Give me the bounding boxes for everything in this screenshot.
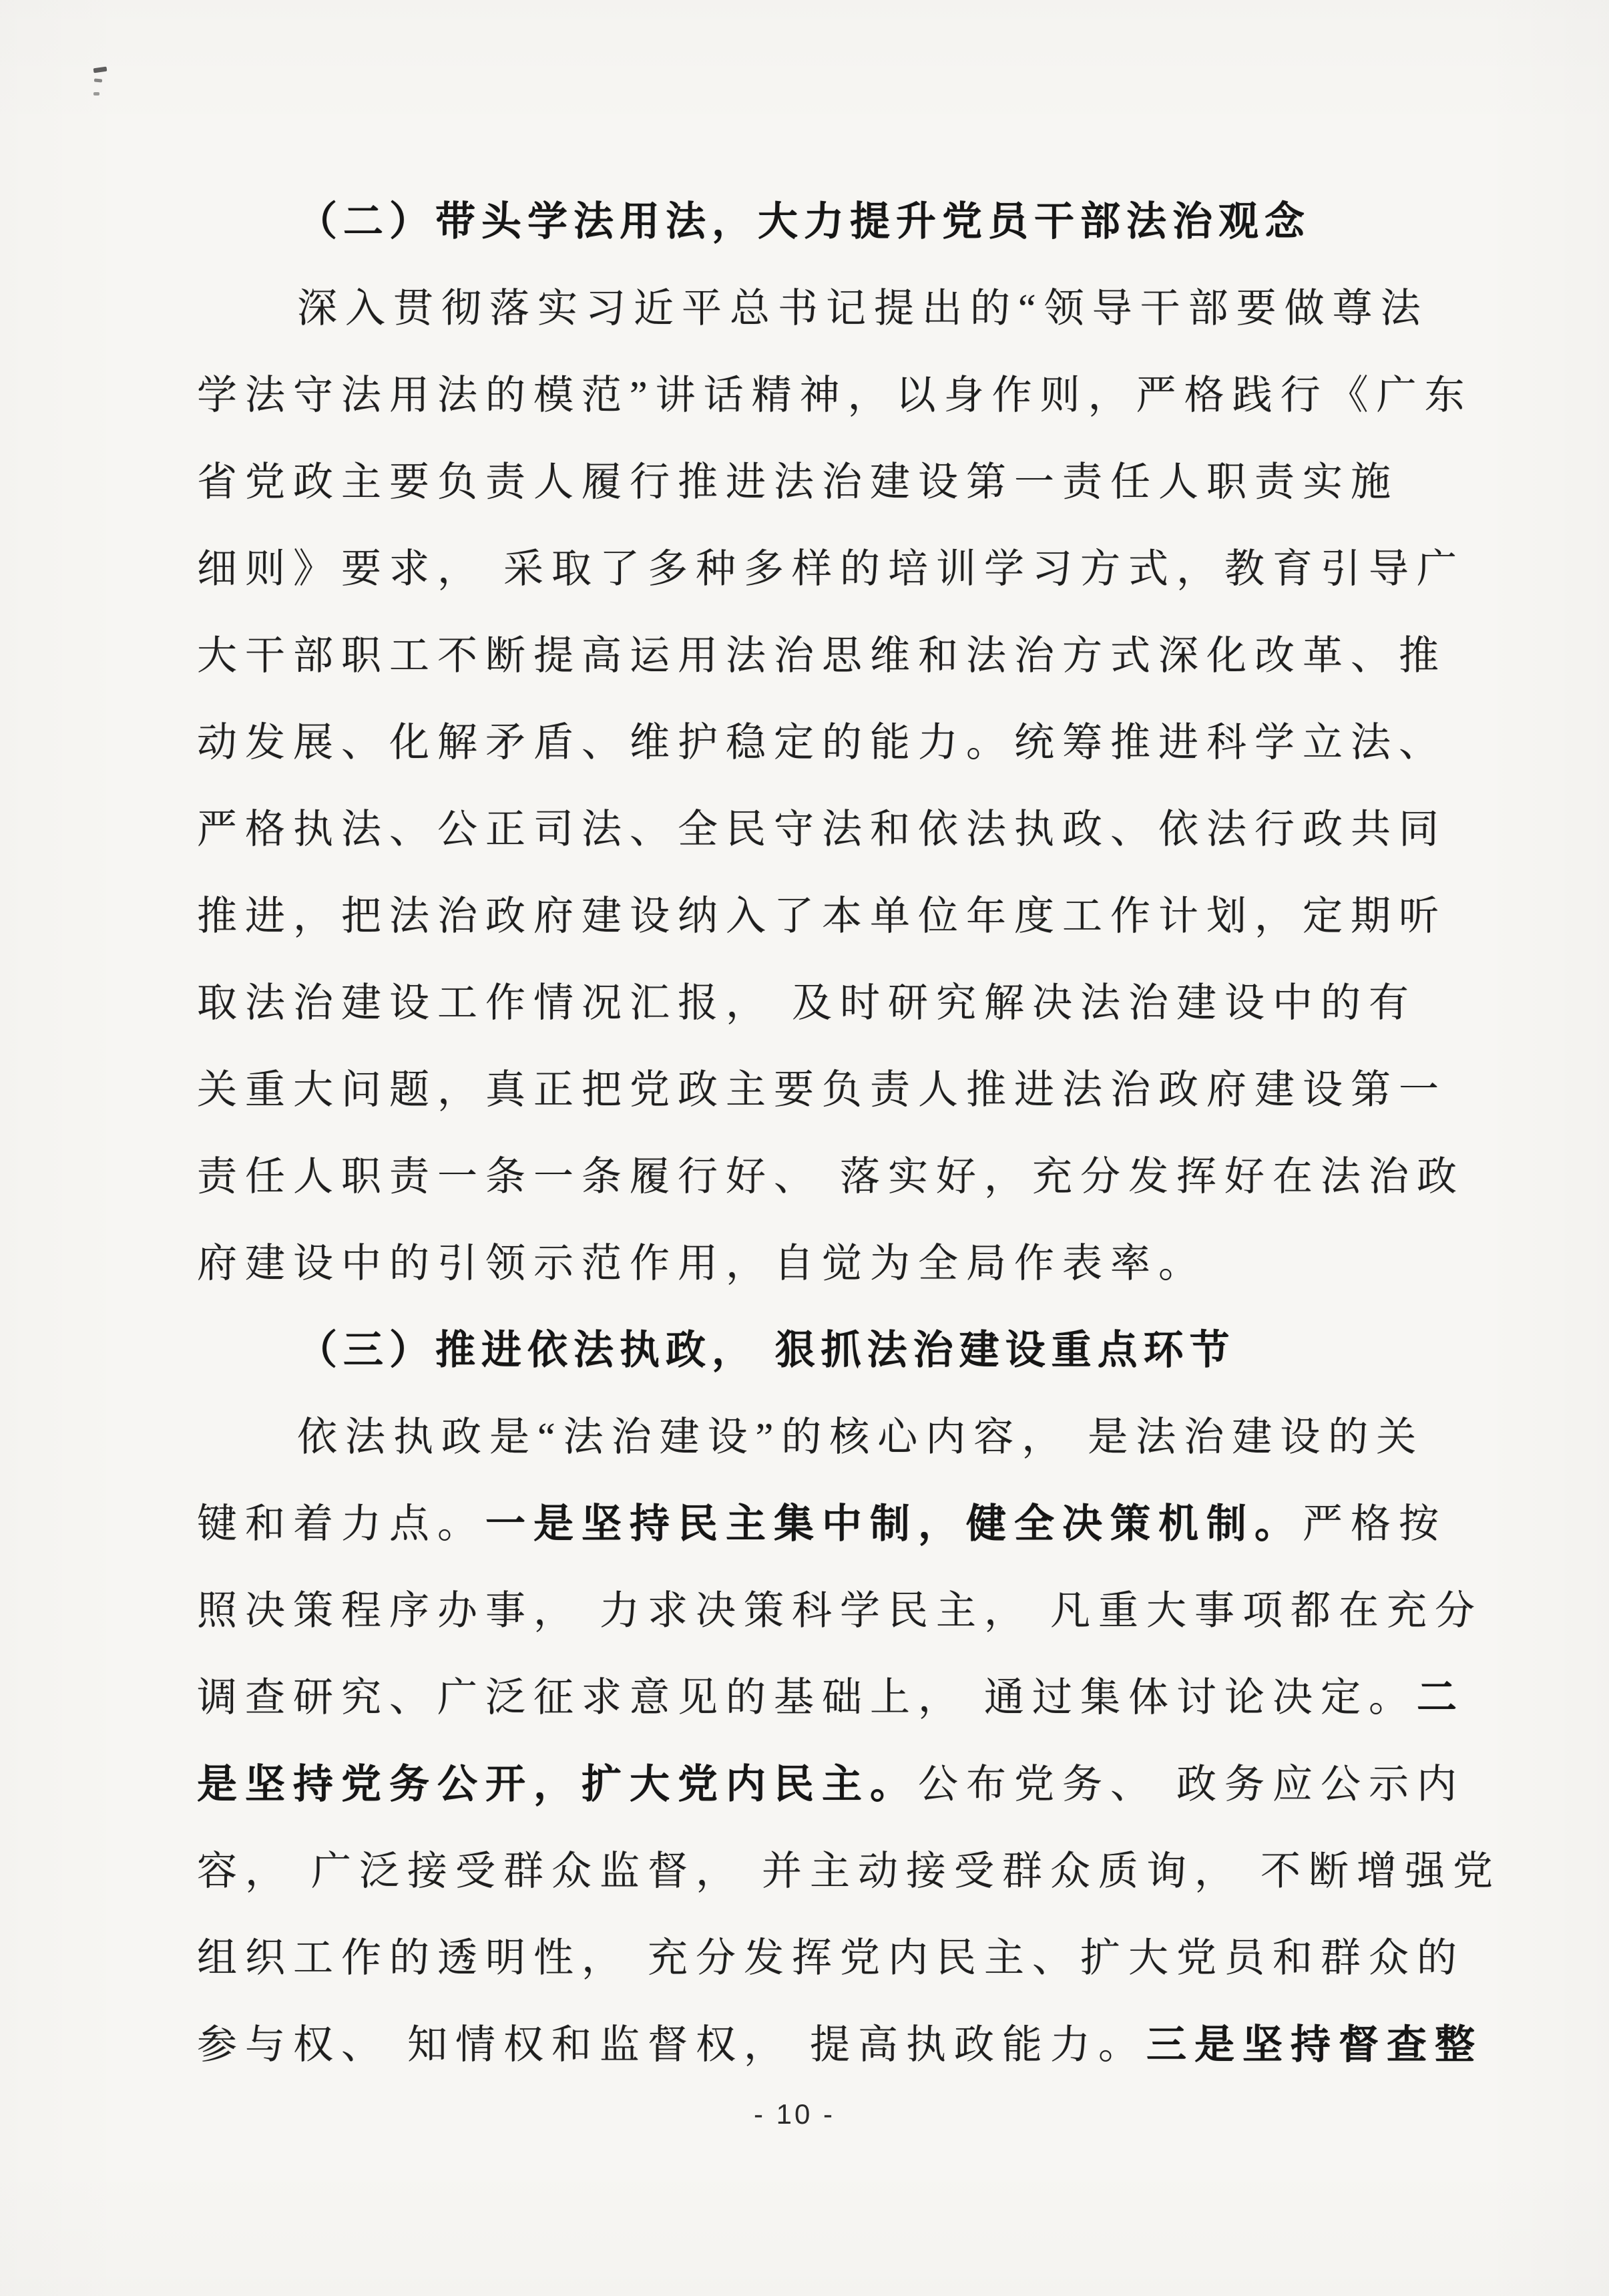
text-segment: 严格执法、公正司法、全民守法和依法执政、依法行政共同 — [197, 797, 1447, 855]
text-line: 大干部职工不断提高运用法治思维和法治方式深化改革、推 — [197, 609, 1439, 696]
scan-artifact-speck — [93, 92, 99, 95]
text-line: 组织工作的透明性， 充分发挥党内民主、扩大党员和群众的 — [197, 1911, 1439, 1998]
text-segment: 大干部职工不断提高运用法治思维和法治方式深化改革、推 — [197, 624, 1447, 681]
text-segment: 推进，把法治政府建设纳入了本单位年度工作计划，定期听 — [197, 884, 1447, 942]
text-segment: 责任人职责一条一条履行好、 落实好，充分发挥好在法治政 — [197, 1145, 1465, 1202]
text-segment: 学法守法用法的模范”讲话精神，以身作则，严格践行《广东 — [197, 363, 1473, 421]
text-line: 关重大问题，真正把党政主要负责人推进法治政府建设第一 — [197, 1043, 1439, 1130]
page-number: - 10 - — [0, 2098, 1589, 2130]
emphasized-text-segment: （三）推进依法执政， 狠抓法治建设重点环节 — [297, 1318, 1236, 1376]
text-line: 是坚持党务公开，扩大党内民主。公布党务、 政务应公示内 — [197, 1738, 1439, 1825]
document-text-block: （二）带头学法用法，大力提升党员干部法治观念深入贯彻落实习近平总书记提出的“领导… — [197, 175, 1439, 2085]
text-segment: 公布党务、 政务应公示内 — [918, 1752, 1465, 1810]
text-segment: 参与权、 知情权和监督权， 提高执政能力。 — [197, 2013, 1146, 2070]
text-segment: 照决策程序办事， 力求决策科学民主， 凡重大事项都在充分 — [197, 1579, 1483, 1636]
section-heading: （三）推进依法执政， 狠抓法治建设重点环节 — [197, 1304, 1439, 1390]
text-line: 调查研究、广泛征求意见的基础上， 通过集体讨论决定。二 — [197, 1651, 1439, 1738]
text-line: 严格执法、公正司法、全民守法和依法执政、依法行政共同 — [197, 783, 1439, 870]
section-heading: （二）带头学法用法，大力提升党员干部法治观念 — [197, 175, 1439, 262]
text-segment: 严格按 — [1303, 1492, 1447, 1549]
text-segment: 府建设中的引领示范作用，自觉为全局作表率。 — [197, 1231, 1206, 1289]
emphasized-text-segment: 三是坚持督查整 — [1146, 2013, 1483, 2070]
text-segment: 关重大问题，真正把党政主要负责人推进法治政府建设第一 — [197, 1058, 1447, 1115]
text-segment: 深入贯彻落实习近平总书记提出的“领导干部要做尊法 — [297, 276, 1429, 334]
text-segment: 依法执政是“法治建设”的核心内容， 是法治建设的关 — [297, 1405, 1424, 1463]
text-segment: 容， 广泛接受群众监督， 并主动接受群众质询， 不断增强党 — [197, 1839, 1501, 1897]
text-segment: 调查研究、广泛征求意见的基础上， 通过集体讨论决定。 — [197, 1666, 1417, 1723]
text-segment: 动发展、化解矛盾、维护稳定的能力。统筹推进科学立法、 — [197, 711, 1447, 768]
text-line: 细则》要求， 采取了多种多样的培训学习方式，教育引导广 — [197, 522, 1439, 609]
text-line: 深入贯彻落实习近平总书记提出的“领导干部要做尊法 — [197, 262, 1439, 349]
text-line: 省党政主要负责人履行推进法治建设第一责任人职责实施 — [197, 435, 1439, 522]
text-line: 动发展、化解矛盾、维护稳定的能力。统筹推进科学立法、 — [197, 696, 1439, 783]
text-line: 府建设中的引领示范作用，自觉为全局作表率。 — [197, 1217, 1439, 1304]
text-segment: 组织工作的透明性， 充分发挥党内民主、扩大党员和群众的 — [197, 1926, 1465, 1983]
text-segment: 取法治建设工作情况汇报， 及时研究解决法治建设中的有 — [197, 971, 1417, 1028]
text-line: 依法执政是“法治建设”的核心内容， 是法治建设的关 — [197, 1390, 1439, 1477]
text-line: 推进，把法治政府建设纳入了本单位年度工作计划，定期听 — [197, 870, 1439, 956]
text-line: 学法守法用法的模范”讲话精神，以身作则，严格践行《广东 — [197, 349, 1439, 435]
text-line: 参与权、 知情权和监督权， 提高执政能力。三是坚持督查整 — [197, 1998, 1439, 2085]
text-segment: 键和着力点。 — [197, 1492, 485, 1549]
emphasized-text-segment: 是坚持党务公开，扩大党内民主。 — [197, 1752, 918, 1810]
text-line: 取法治建设工作情况汇报， 及时研究解决法治建设中的有 — [197, 956, 1439, 1043]
text-line: 照决策程序办事， 力求决策科学民主， 凡重大事项都在充分 — [197, 1564, 1439, 1651]
emphasized-text-segment: 一是坚持民主集中制，健全决策机制。 — [485, 1492, 1303, 1549]
text-segment: 省党政主要负责人履行推进法治建设第一责任人职责实施 — [197, 450, 1399, 508]
text-segment: 细则》要求， 采取了多种多样的培训学习方式，教育引导广 — [197, 537, 1465, 594]
text-line: 责任人职责一条一条履行好、 落实好，充分发挥好在法治政 — [197, 1130, 1439, 1217]
text-line: 容， 广泛接受群众监督， 并主动接受群众质询， 不断增强党 — [197, 1825, 1439, 1911]
text-line: 键和着力点。一是坚持民主集中制，健全决策机制。严格按 — [197, 1477, 1439, 1564]
emphasized-text-segment: （二）带头学法用法，大力提升党员干部法治观念 — [297, 190, 1311, 247]
emphasized-text-segment: 二 — [1417, 1666, 1465, 1723]
scan-artifact-speck — [94, 78, 102, 82]
